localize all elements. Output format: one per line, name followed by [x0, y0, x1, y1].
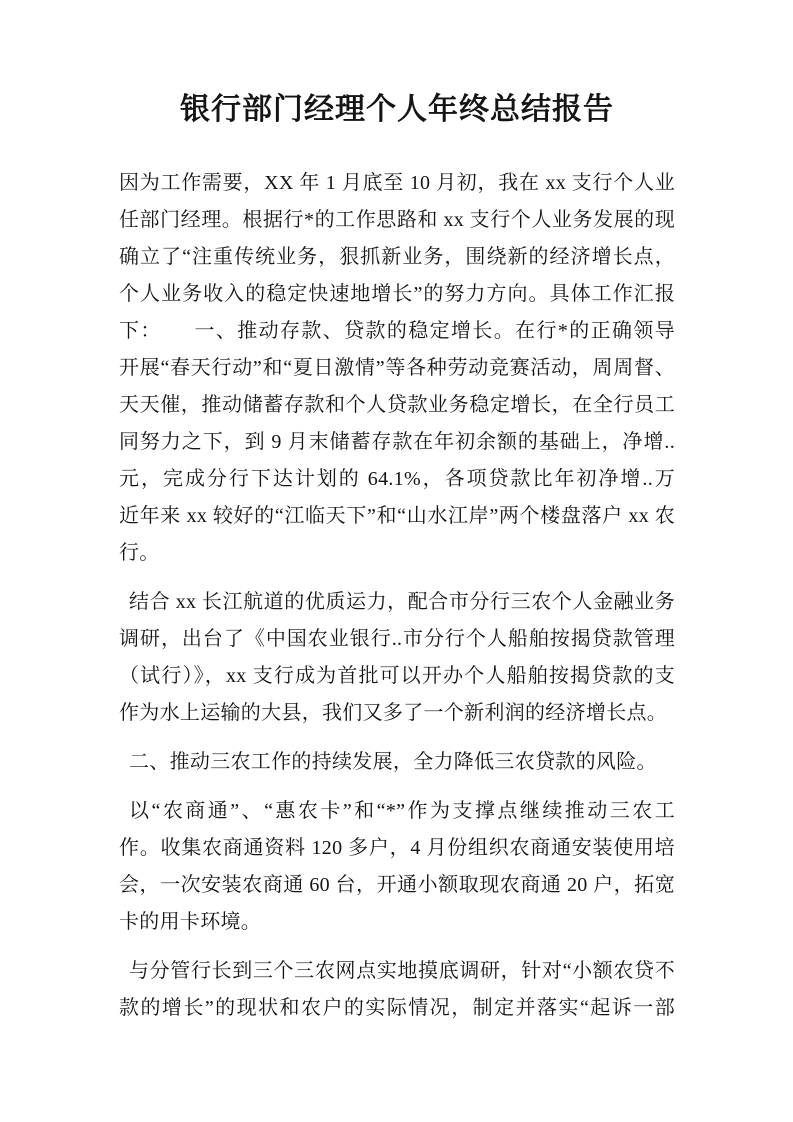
text-line: 款的增长”的现状和农户的实际情况，制定并落实“起诉一部分， [119, 990, 675, 1027]
paragraph: 与分管行长到三个三农网点实地摸底调研，针对“小额农贷不良贷款的增长”的现状和农户… [119, 953, 675, 1027]
text-line: 个人业务收入的稳定快速地增长”的努力方向。具体工作汇报如 [119, 276, 675, 313]
document-title: 银行部门经理个人年终总结报告 [119, 88, 675, 132]
document-body: 因为工作需要，XX 年 1 月底至 10 月初，我在 xx 支行个人业务部担任部… [119, 165, 675, 1027]
text-line: 作。收集农商通资料 120 多户，4 月份组织农商通安装使用培训 [119, 830, 675, 867]
text-line: （试行）》，xx 支行成为首批可以开办个人船舶按揭贷款的支行。 [119, 658, 675, 695]
text-line: 同努力之下，到 9 月末储蓄存款在年初余额的基础上，净增..万 [119, 424, 675, 461]
text-line: 确立了“注重传统业务，狠抓新业务，围绕新的经济增长点，促进 [119, 239, 675, 276]
text-line: 行。 [119, 535, 675, 572]
text-line: 元，完成分行下达计划的 64.1%，各项贷款比年初净增..万元，使 [119, 461, 675, 498]
text-line: 卡的用卡环境。 [119, 904, 675, 941]
text-line: 近年来 xx 较好的“江临天下”和“山水江岸”两个楼盘落户 xx 农 [119, 498, 675, 535]
text-line: 调研，出台了《中国农业银行..市分行个人船舶按揭贷款管理办法 [119, 621, 675, 658]
text-line: 与分管行长到三个三农网点实地摸底调研，针对“小额农贷不良贷 [119, 953, 675, 990]
document-page: 银行部门经理个人年终总结报告 因为工作需要，XX 年 1 月底至 10 月初，我… [0, 0, 793, 1122]
text-line: 下： 一、推动存款、贷款的稳定增长。在行*的正确领导下，通过 [119, 313, 675, 350]
text-line: 任部门经理。根据行*的工作思路和 xx 支行个人业务发展的现状， [119, 202, 675, 239]
text-line: 结合 xx 长江航道的优质运力，配合市分行三农个人金融业务部的 [119, 584, 675, 621]
text-line: 作为水上运输的大县，我们又多了一个新利润的经济增长点。 [119, 695, 675, 732]
text-line: 开展“春天行动”和“夏日激情”等各种劳动竞赛活动，周周督、 [119, 350, 675, 387]
paragraph: 因为工作需要，XX 年 1 月底至 10 月初，我在 xx 支行个人业务部担任部… [119, 165, 675, 572]
text-line: 以“农商通”、“惠农卡”和“*”作为支撑点继续推动三农工 [119, 793, 675, 830]
text-line: 因为工作需要，XX 年 1 月底至 10 月初，我在 xx 支行个人业务部担 [119, 165, 675, 202]
paragraph: 以“农商通”、“惠农卡”和“*”作为支撑点继续推动三农工作。收集农商通资料 12… [119, 793, 675, 941]
paragraph: 二、推动三农工作的持续发展，全力降低三农贷款的风险。 [119, 744, 675, 781]
text-line: 二、推动三农工作的持续发展，全力降低三农贷款的风险。 [119, 744, 675, 781]
text-line: 天天催，推动储蓄存款和个人贷款业务稳定增长，在全行员工的共 [119, 387, 675, 424]
text-line: 会，一次安装农商通 60 台，开通小额取现农商通 20 户，拓宽惠农 [119, 867, 675, 904]
paragraph: 结合 xx 长江航道的优质运力，配合市分行三农个人金融业务部的调研，出台了《中国… [119, 584, 675, 732]
page-background: { "page": { "colors": { "background": "#… [0, 0, 793, 1122]
